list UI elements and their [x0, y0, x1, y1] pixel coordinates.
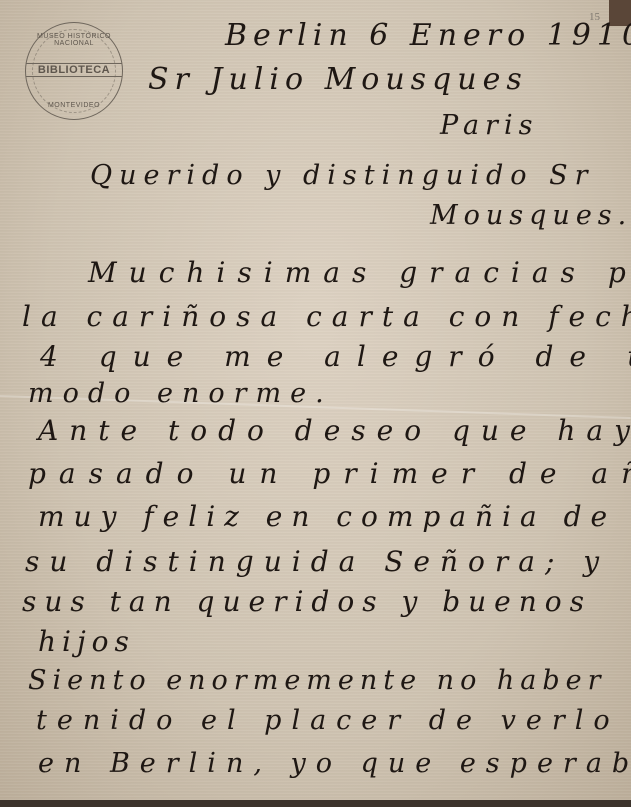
stamp-top-text: MUSEO HISTÓRICO NACIONAL — [26, 33, 122, 47]
recipient: Sr Julio Mousques — [148, 62, 528, 97]
body-line: tenido el placer de verlo — [36, 705, 620, 736]
body-line: su distinguida Señora; y — [25, 545, 609, 578]
recipient-city: Paris — [440, 110, 538, 141]
body-line: Siento enormemente no haber — [28, 665, 607, 696]
library-stamp: MUSEO HISTÓRICO NACIONAL BIBLIOTECA MONT… — [25, 22, 123, 120]
salutation-line-1: Querido y distinguido Sr — [90, 160, 595, 191]
salutation-line-2: Mousques. — [430, 200, 631, 231]
body-line: en Berlin, yo que esperaba — [38, 748, 631, 779]
stamp-bottom-text: MONTEVIDEO — [26, 102, 122, 109]
body-line: muy feliz en compañia de — [38, 500, 616, 533]
stamp-center-text: BIBLIOTECA — [26, 63, 122, 77]
body-line: Muchisimas gracias por — [88, 256, 631, 289]
body-line: pasado un primer de año — [28, 457, 631, 490]
body-line: la cariñosa carta con fecha — [22, 300, 631, 333]
body-line: sus tan queridos y buenos — [22, 585, 592, 618]
body-line: 4 que me alegró de un — [40, 340, 631, 373]
body-line: modo enorme. — [28, 378, 333, 409]
background-bottom-strip — [0, 800, 631, 807]
body-line: Ante todo deseo que hayan — [38, 414, 631, 447]
place-date: Berlin 6 Enero 1910 — [225, 18, 631, 53]
body-line: hijos — [38, 625, 135, 658]
